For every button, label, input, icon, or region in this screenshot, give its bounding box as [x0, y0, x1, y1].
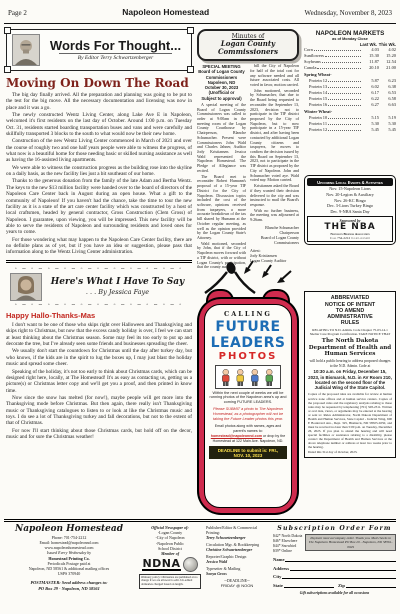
frame-corner — [187, 66, 194, 73]
phone-handset-ring: CALLING FUTURE LEADERS PHOTOS — [197, 297, 299, 515]
staff-item: Reporter/Graphic Design Jessica Wald — [206, 554, 268, 564]
minutes-banner-main: Logan County Commissioners — [201, 40, 295, 56]
sponsor-call-note: Call 754-2212 to list an event — [310, 236, 391, 240]
staff-name: Jessica Wald — [206, 559, 268, 564]
article-headline: Moving On Down The Road — [6, 76, 192, 90]
frame-corner — [187, 27, 194, 34]
markets-title: NAPOLEON MARKETS — [304, 30, 396, 37]
sponsor-box: Sponsored by THE NBA Napoleon Business A… — [307, 216, 393, 242]
editor-photo — [12, 34, 40, 66]
frame-corner — [4, 66, 11, 73]
masthead-usps: USPS 370940 — [4, 571, 134, 576]
ornament-row: ▫ ∼ ▫ ∼ ▫ ∼ ▫ ∼ ▫ ∼ ▫ ∼ ▫ ∼ ▫ ∼ ▫ ∼ ▫ ∼ … — [6, 302, 192, 308]
minutes-paragraph: With no further business, the meeting wa… — [250, 209, 299, 223]
markets-table: Corn4.034.02 Sunflowers15.3015.20 Soybea… — [304, 47, 396, 133]
deadline-banner: DEADLINE to submit is: FRI., NOV. 10, 20… — [209, 446, 287, 459]
blank-line — [285, 557, 396, 562]
article-body: The big day finally arrived. All the pre… — [6, 92, 192, 256]
section-divider — [6, 260, 192, 264]
staff-name: Sonya Gross — [206, 571, 268, 576]
ad-submit-note: Please SUBMIT a photo to The Napoleon Ho… — [209, 407, 287, 422]
page-number: Page 2 — [8, 9, 27, 17]
minutes-signoff: Blanche Schumacher Chairperson Board of … — [250, 225, 299, 245]
masthead-info: Napoleon Homestead Phone: 701-754-2212 E… — [4, 525, 134, 611]
market-row: Protein 125.455.45 — [304, 127, 396, 133]
notice-fine-print: Copies of the proposed rules are availab… — [308, 392, 392, 448]
minutes-paragraph: The Board met to reconsider Robert Human… — [197, 175, 246, 241]
price-item: $39* Online — [273, 549, 302, 554]
article-paragraph: For those wondering what may happen to t… — [6, 237, 192, 256]
notice-heading-line: RULES — [308, 320, 392, 326]
public-notice: ABBREVIATED NOTICE OF INTENT TO AMEND AD… — [304, 291, 396, 457]
staff-item: Publisher/Editor & Commercial Printing: … — [206, 525, 268, 541]
newspaper-name: Napoleon Homestead — [122, 7, 209, 17]
minutes-paragraph: Kristiansen asked the Board if they want… — [250, 184, 299, 208]
staff-name: Christine Schwartzenberger — [206, 547, 268, 552]
right-column: NAPOLEON MARKETS as of Monday Close Last… — [304, 30, 396, 458]
minutes-column-2: bill the City of Napoleon for half of th… — [250, 64, 299, 271]
column-byline: By Editor Terry Schwartzenberger — [59, 53, 172, 61]
newspaper-page: Page 2 Napoleon Homestead Wednesday, Nov… — [0, 0, 400, 614]
header-rule — [4, 23, 396, 24]
blank-line — [282, 574, 396, 579]
column-byline: . . . By Jessica Faye — [47, 288, 188, 296]
subscription-form: Subscription Order Form $42* North Dakot… — [273, 525, 396, 611]
form-field-city: City — [273, 574, 396, 579]
future-label: FUTURE — [215, 320, 280, 334]
subscription-prices: $42* North Dakota $46* Elsewhere $44* Sn… — [273, 534, 302, 555]
event-item: Dec. 9-NBA Santa Day — [307, 209, 393, 215]
gift-note: Gift subscriptions available for all occ… — [273, 591, 396, 595]
signoff-line: Commissioners — [250, 240, 299, 245]
events-title: Upcoming Local Events & Activities — [307, 178, 393, 186]
form-field-name: Name — [273, 557, 396, 562]
staff-item: Circulation Mgr. & Bookkeeping Christine… — [206, 542, 268, 552]
meeting-header: SPECIAL MEETING Board of Logan County Co… — [197, 64, 246, 101]
email-note: Email photos along with names, ages and … — [215, 424, 282, 433]
ad-email-block: Email photos along with names, ages and … — [209, 424, 287, 443]
left-column: Words For Thought... By Editor Terry Sch… — [6, 29, 192, 441]
blank-line — [346, 583, 396, 588]
meeting-header-line: Subject to approval) — [197, 96, 246, 101]
article-body: I don't want to be one of those who skip… — [6, 322, 192, 440]
official-newspaper-block: Official Newspaper of: -Logan County -Ci… — [139, 525, 201, 611]
ad-body-text: Within the next couple of weeks we will … — [209, 391, 287, 406]
columnist-photo — [10, 273, 42, 301]
deadline-value: FRIDAY @ NOON — [206, 583, 268, 588]
article-paragraph: The big day finally arrived. All the pre… — [6, 92, 192, 111]
masthead-footer: Napoleon Homestead Phone: 701-754-2212 E… — [4, 519, 396, 611]
heres-what-box: Here's What I Have To Say . . . By Jessi… — [6, 272, 192, 302]
staff-item: Typesetter & Mailing Sonya Gross — [206, 566, 268, 576]
staff-role: Publisher/Editor & Commercial Printing: — [206, 525, 268, 535]
staff-name: Terry Schwartzenberger — [206, 535, 268, 540]
issue-date: Wednesday, November 8, 2023 — [305, 9, 392, 17]
frame-corner — [4, 27, 11, 34]
article-paragraph: Construction of the new Wentz Living Cen… — [6, 138, 192, 163]
obituary-policy: Obituary policy: Obituaries are publishe… — [139, 574, 201, 589]
notice-dated: Dated this 31st day of October, 2023. — [308, 450, 392, 454]
minutes-text: SPECIAL MEETING Board of Logan County Co… — [197, 64, 299, 286]
member-seal-icon — [183, 557, 198, 572]
subscription-title: Subscription Order Form — [273, 525, 396, 532]
blank-line — [284, 583, 334, 588]
article-headline: Happy Hallo-Thanks-Mas — [6, 311, 192, 320]
notice-relating: RELATING TO N.D. Admin. Code Chapter 75-… — [308, 328, 392, 337]
minutes-paragraph: bill the City of Napoleon for half of th… — [250, 64, 299, 88]
future-leaders-ad: CALLING FUTURE LEADERS PHOTOS — [197, 259, 299, 515]
staff-block: Publisher/Editor & Commercial Printing: … — [206, 525, 268, 611]
blank-line — [290, 566, 396, 571]
markets-subtitle: as of Monday Close — [304, 37, 396, 41]
notice-org: The North Dakota Department of Health an… — [308, 338, 392, 358]
postmaster-address: PO Box 29 - Napoleon, ND 58561 — [4, 586, 134, 592]
article-paragraph: The newly constructed Wentz Living Cente… — [6, 112, 192, 137]
minutes-column-1: SPECIAL MEETING Board of Logan County Co… — [197, 64, 246, 271]
notice-intro: will hold a public hearing to address pr… — [308, 359, 392, 368]
notice-when: 10:30 a.m. on Friday, December 15, 2023,… — [308, 369, 392, 390]
ringing-phone-icon — [197, 259, 299, 299]
payment-note: Payment must accompany order. Thank you.… — [305, 534, 396, 552]
minutes-paragraph: A special meeting of the Board of Logan … — [197, 103, 246, 174]
email-address: homestead@napoleonnd.com — [211, 434, 262, 438]
page-header: Page 2 Napoleon Homestead Wednesday, Nov… — [8, 7, 392, 17]
article-paragraph: Speaking of the holiday, it's not too ea… — [6, 369, 192, 394]
column-title: Here's What I Have To Say — [47, 278, 188, 288]
events-box: Upcoming Local Events & Activities Nov. … — [304, 175, 396, 245]
words-for-thought-box: Words For Thought... By Editor Terry Sch… — [6, 29, 192, 71]
photos-label: PHOTOS — [219, 352, 278, 363]
ndna-logo: NDNA — [142, 558, 180, 571]
article-paragraph: For now I'll start thinking about those … — [6, 428, 192, 441]
minutes-banner: Minutes of Logan County Commissioners — [197, 29, 299, 61]
article-paragraph: Thanks to the generous donation from the… — [6, 178, 192, 235]
masthead-paper-name: Napoleon Homestead — [4, 525, 134, 535]
minutes-paragraph: John motioned, seconded by Schumacher, t… — [250, 89, 299, 183]
center-column: Minutes of Logan County Commissioners SP… — [197, 29, 299, 286]
article-paragraph: We were able to witness the construction… — [6, 165, 192, 178]
article-paragraph: We usually don't start the countdown for… — [6, 348, 192, 367]
article-paragraph: I don't want to be one of those who skip… — [6, 322, 192, 347]
sponsor-name: THE NBA — [310, 223, 391, 232]
form-field-address: Address — [273, 566, 396, 571]
notice-heading: ABBREVIATED NOTICE OF INTENT TO AMEND AD… — [308, 295, 392, 326]
meeting-header-line: Board of Logan County — [197, 69, 246, 74]
article-paragraph: Now since the snow has melted (for now!)… — [6, 395, 192, 427]
member-of-label: Member of — [139, 551, 201, 556]
leaders-label: LEADERS — [211, 336, 286, 350]
form-field-state-zip: StateZip — [273, 583, 396, 588]
column-title: Words For Thought... — [45, 39, 186, 53]
price-item: $42* North Dakota — [273, 534, 302, 539]
ornament-row: ▫ ∼ ▫ ∼ ▫ ∼ ▫ ∼ ▫ ∼ ▫ ∼ ▫ ∼ ▫ ∼ ▫ ∼ ▫ ∼ … — [6, 266, 192, 272]
calling-label: CALLING — [224, 310, 272, 318]
kids-illustration — [215, 365, 281, 389]
